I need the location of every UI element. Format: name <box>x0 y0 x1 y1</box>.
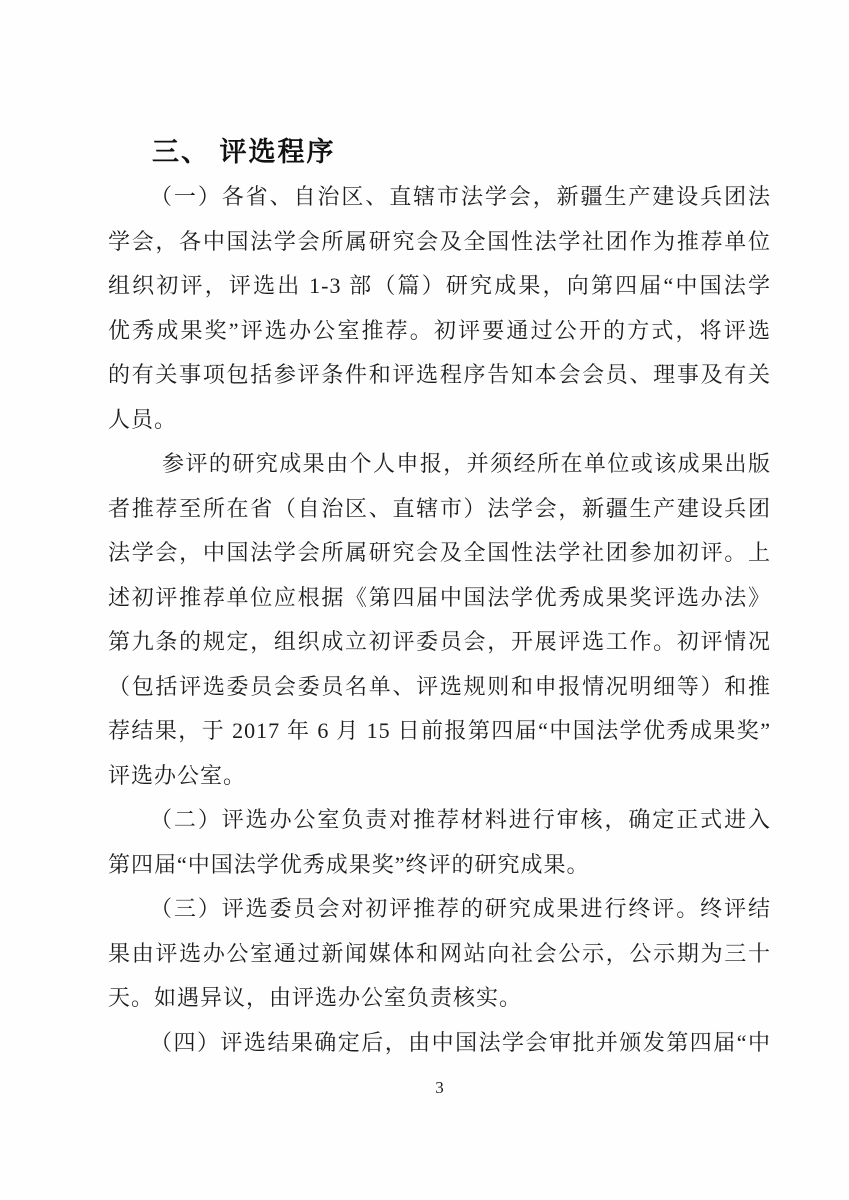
text-line: 天。如遇异议，由评选办公室负责核实。 <box>108 976 771 1021</box>
document-page: 三、 评选程序 （一）各省、自治区、直辖市法学会，新疆生产建设兵团法 学会，各中… <box>0 0 849 1200</box>
section-heading: 三、 评选程序 <box>108 129 771 175</box>
text-line: 的有关事项包括参评条件和评选程序告知本会会员、理事及有关 <box>108 353 771 398</box>
text-line: 者推荐至所在省（自治区、直辖市）法学会，新疆生产建设兵团 <box>108 487 771 532</box>
text-line: （一）各省、自治区、直辖市法学会，新疆生产建设兵团法 <box>108 175 771 220</box>
text-line: 法学会，中国法学会所属研究会及全国性法学社团参加初评。上 <box>108 531 771 576</box>
text-line: 述初评推荐单位应根据《第四届中国法学优秀成果奖评选办法》 <box>108 576 771 621</box>
text-line: （四）评选结果确定后，由中国法学会审批并颁发第四届“中 <box>108 1021 771 1066</box>
text-line: 第四届“中国法学优秀成果奖”终评的研究成果。 <box>108 843 771 888</box>
text-line: 组织初评，评选出 1-3 部（篇）研究成果，向第四届“中国法学 <box>108 264 771 309</box>
text-line: 学会，各中国法学会所属研究会及全国性法学社团作为推荐单位 <box>108 220 771 265</box>
text-line: 果由评选办公室通过新闻媒体和网站向社会公示，公示期为三十 <box>108 932 771 977</box>
page-number: 3 <box>108 1078 771 1098</box>
text-line: （二）评选办公室负责对推荐材料进行审核，确定正式进入 <box>108 798 771 843</box>
text-line: （包括评选委员会委员名单、评选规则和申报情况明细等）和推 <box>108 665 771 710</box>
text-line: 第九条的规定，组织成立初评委员会，开展评选工作。初评情况 <box>108 620 771 665</box>
text-line: 荐结果，于 2017 年 6 月 15 日前报第四届“中国法学优秀成果奖” <box>108 709 771 754</box>
text-line: 人员。 <box>108 398 771 443</box>
text-line: 参评的研究成果由个人申报，并须经所在单位或该成果出版 <box>108 442 771 487</box>
text-line: （三）评选委员会对初评推荐的研究成果进行终评。终评结 <box>108 887 771 932</box>
text-line: 评选办公室。 <box>108 754 771 799</box>
text-line: 优秀成果奖”评选办公室推荐。初评要通过公开的方式，将评选 <box>108 309 771 354</box>
